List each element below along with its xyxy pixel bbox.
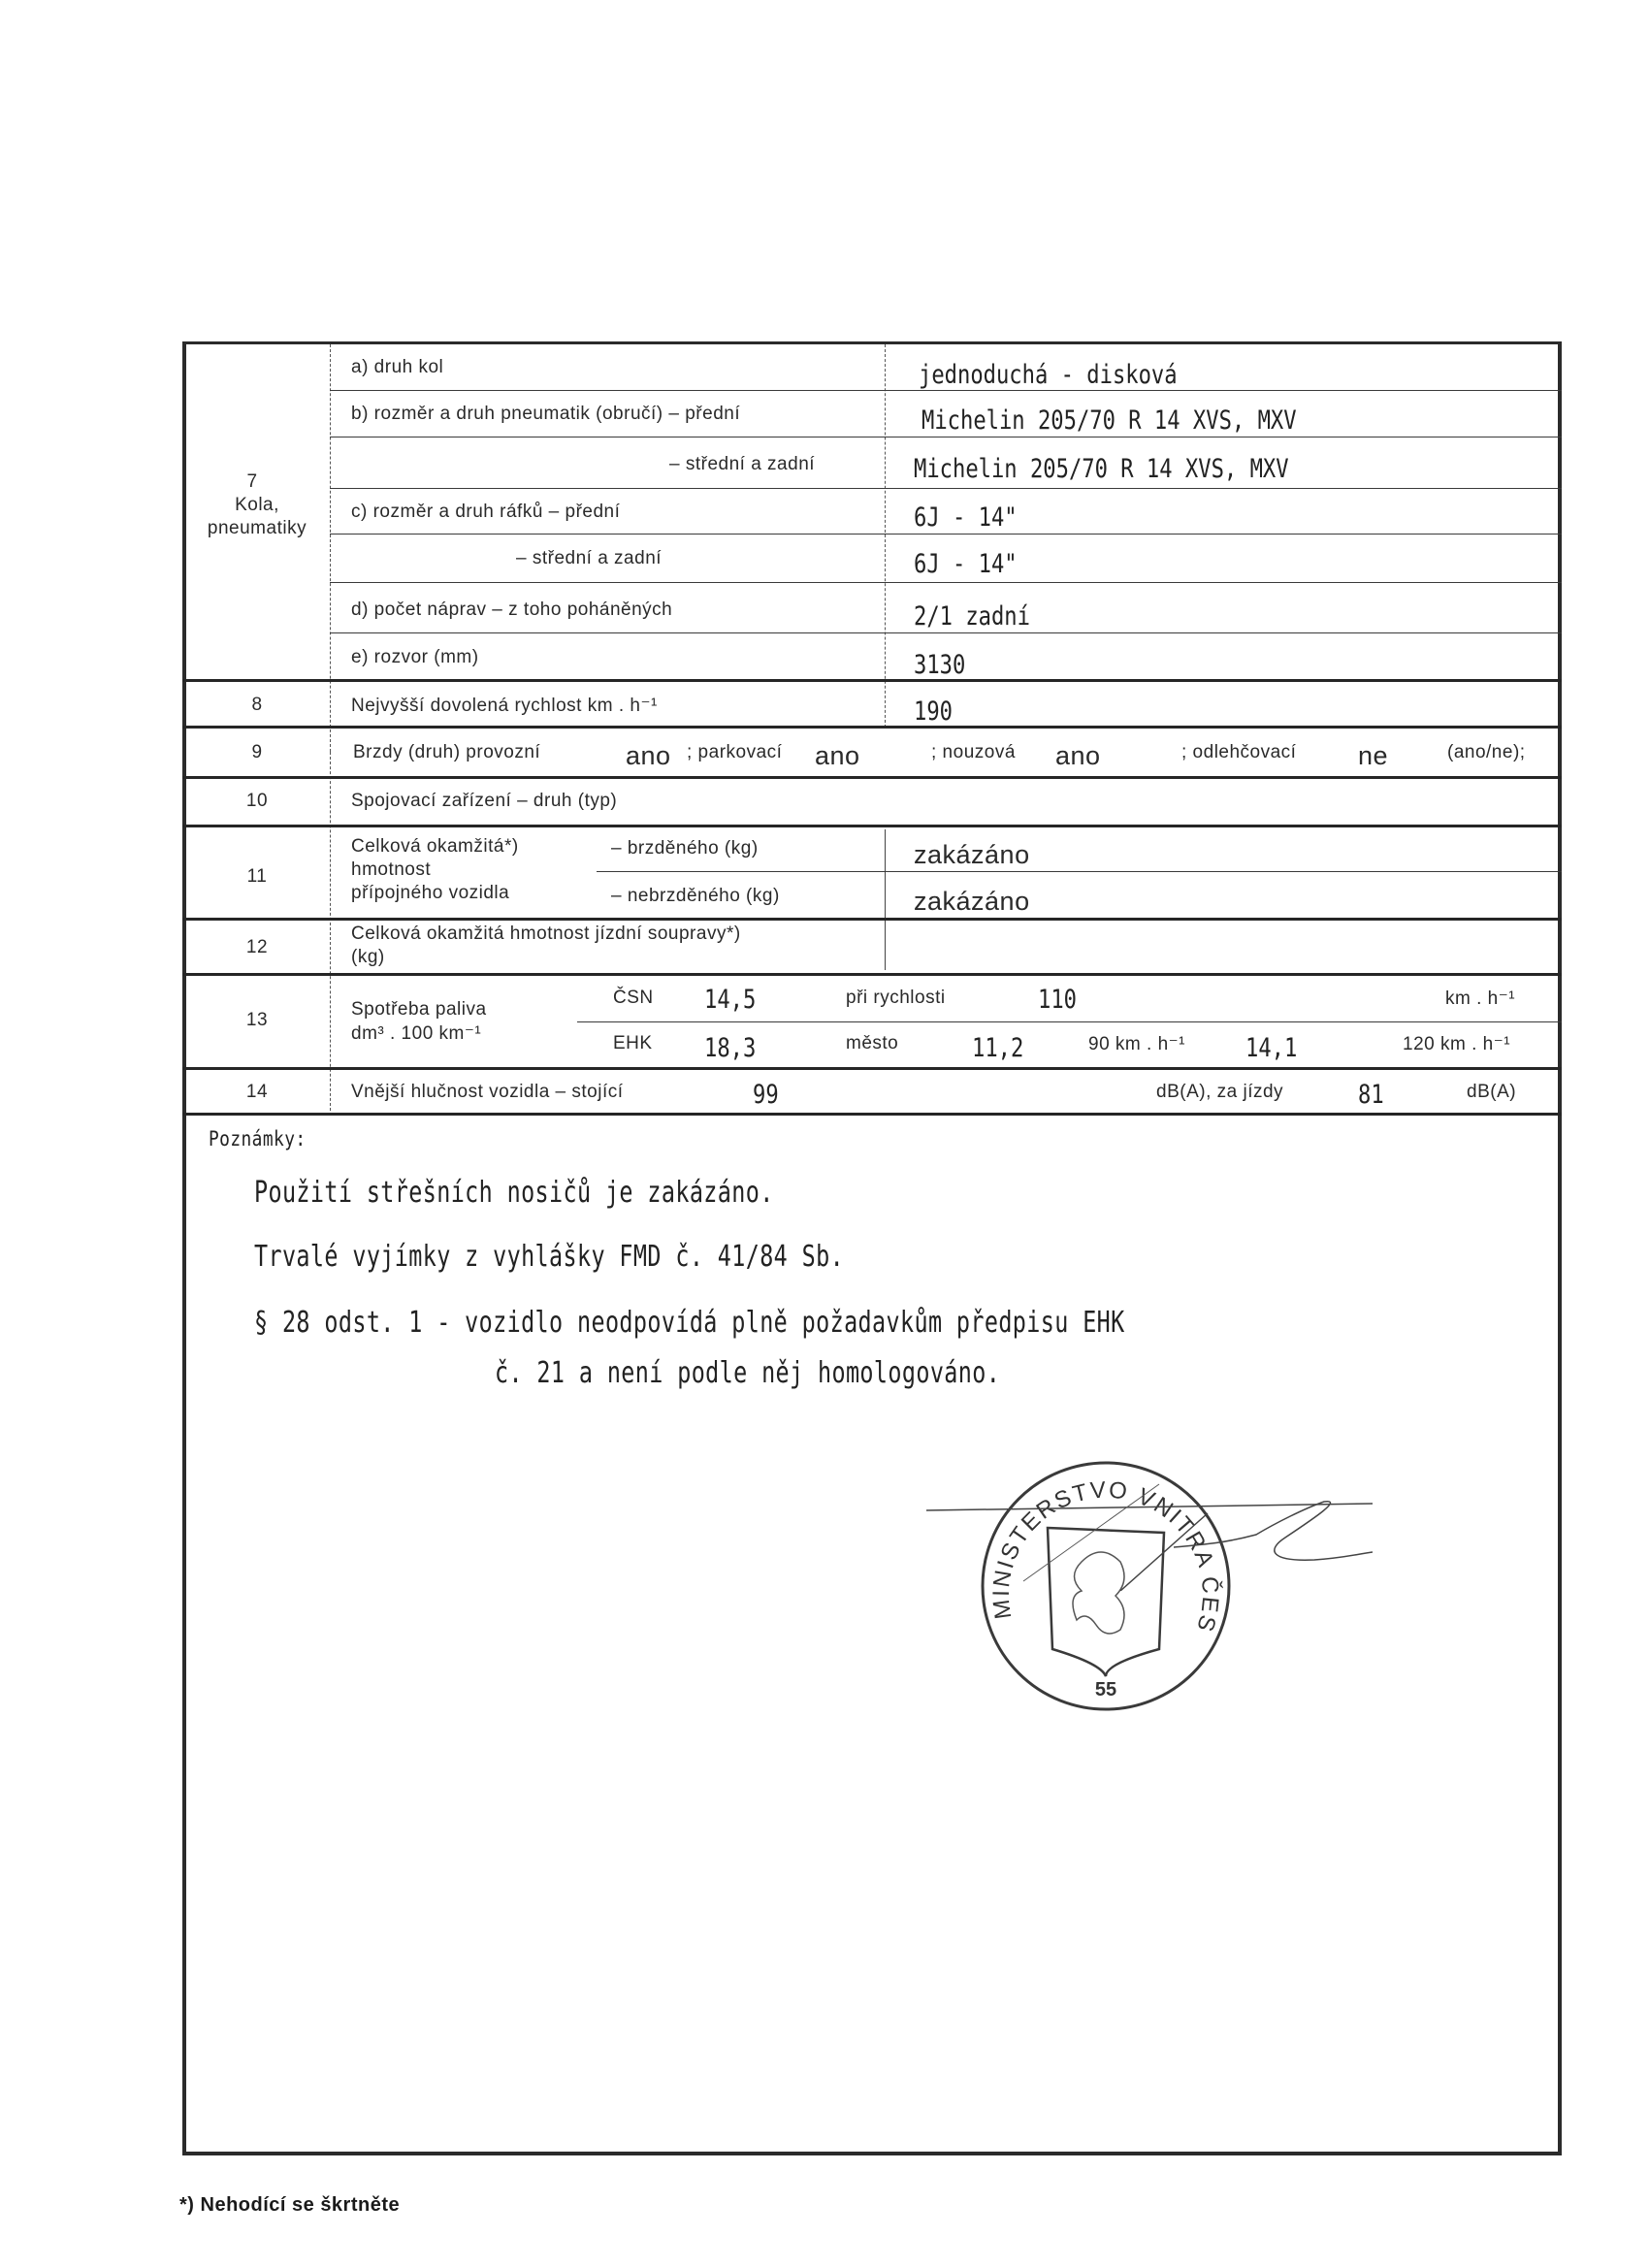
- row13-at120-label: 120 km . h⁻¹: [1403, 1033, 1510, 1055]
- row14-label: Vnější hlučnost vozidla – stojící: [351, 1082, 624, 1103]
- row8-label: Nejvyšší dovolená rychlost km . h⁻¹: [351, 695, 658, 717]
- rule-row13-end: [182, 1067, 1562, 1070]
- row13-at90-label: 90 km . h⁻¹: [1088, 1033, 1185, 1055]
- row10-number: 10: [233, 791, 281, 812]
- rule-row14-end: [182, 1113, 1562, 1116]
- row7b-value: Michelin 205/70 R 14 XVS, MXV: [921, 405, 1297, 436]
- document-page: 7 Kola, pneumatiky a) druh kol jednoduch…: [0, 0, 1649, 2268]
- divider-number-col: [330, 344, 331, 752]
- row9-odlehcovaci-value: ne: [1358, 741, 1388, 771]
- rule-row7-end: [182, 679, 1562, 682]
- row11-braked-value: zakázáno: [914, 840, 1030, 870]
- row13-city-value: 11,2: [972, 1033, 1023, 1063]
- note-line-3: § 28 odst. 1 - vozidlo neodpovídá plně p…: [254, 1306, 1125, 1340]
- row13-city-label: město: [846, 1033, 898, 1054]
- row13-number: 13: [233, 1010, 281, 1031]
- row11-unbraked-value: zakázáno: [914, 887, 1030, 917]
- row13-ehk-label: EHK: [613, 1033, 653, 1054]
- row13-speed-unit: km . h⁻¹: [1445, 988, 1515, 1010]
- row11-label-line3: přípojného vozidla: [351, 883, 509, 904]
- row13-speed-label: při rychlosti: [846, 988, 946, 1009]
- rule-7d: [330, 632, 1562, 633]
- row9-legend: (ano/ne);: [1447, 742, 1526, 763]
- row14-unit: dB(A): [1467, 1082, 1516, 1103]
- row14-standing-value: 99: [753, 1080, 779, 1110]
- row13-ehk-value: 18,3: [704, 1033, 756, 1063]
- row7e-value: 3130: [914, 650, 965, 680]
- row14-number: 14: [233, 1082, 281, 1103]
- row7-number: 7: [223, 471, 281, 493]
- row9-number: 9: [233, 742, 281, 763]
- rule-row12-end: [182, 973, 1562, 976]
- row7b2-label: – střední a zadní: [669, 454, 815, 475]
- rule-row13-mid: [577, 1021, 1562, 1022]
- row12-label-line1: Celková okamžitá hmotnost jízdní souprav…: [351, 923, 741, 945]
- row13-csn-label: ČSN: [613, 988, 654, 1009]
- row7e-label: e) rozvor (mm): [351, 647, 479, 668]
- rule-row8-end: [182, 726, 1562, 729]
- rule-row11-mid: [597, 871, 1562, 872]
- row9-label: Brzdy (druh) provozní: [353, 742, 540, 763]
- row10-label: Spojovací zařízení – druh (typ): [351, 791, 617, 812]
- row11-unbraked-label: – nebrzděného (kg): [611, 886, 780, 907]
- rule-7b: [330, 437, 1562, 437]
- row13-label-line1: Spotřeba paliva: [351, 999, 487, 1021]
- row7b2-value: Michelin 205/70 R 14 XVS, MXV: [914, 454, 1289, 484]
- divider-number-col-lower: [330, 752, 331, 1116]
- divider-value-col: [885, 344, 886, 728]
- row7a-label: a) druh kol: [351, 357, 443, 378]
- rule-row11-end: [182, 918, 1562, 921]
- row9-provozni-value: ano: [626, 741, 671, 771]
- rule-7c: [330, 534, 1562, 535]
- row13-csn-value: 14,5: [704, 985, 756, 1015]
- signature-icon: [926, 1474, 1373, 1591]
- row7d-value: 2/1 zadní: [914, 601, 1030, 632]
- note-line-1: Použití střešních nosičů je zakázáno.: [254, 1176, 774, 1210]
- rule-7c2: [330, 582, 1562, 583]
- row9-parkovaci-value: ano: [815, 741, 860, 771]
- row14-driving-value: 81: [1358, 1080, 1384, 1110]
- row13-label-line2: dm³ . 100 km⁻¹: [351, 1022, 481, 1045]
- row7d-label: d) počet náprav – z toho poháněných: [351, 599, 672, 621]
- stamp-number: 55: [1095, 1679, 1116, 1701]
- row11-braked-label: – brzděného (kg): [611, 838, 759, 859]
- row9-nouzova-value: ano: [1055, 741, 1101, 771]
- row8-number: 8: [233, 695, 281, 716]
- row9-odlehcovaci-label: ; odlehčovací: [1181, 742, 1296, 763]
- notes-title: Poznámky:: [209, 1127, 307, 1150]
- rule-row9-end: [182, 776, 1562, 779]
- row7c2-value: 6J - 14": [914, 549, 1018, 579]
- row7b-label: b) rozměr a druh pneumatik (obručí) – př…: [351, 404, 740, 425]
- rule-row10-end: [182, 825, 1562, 827]
- row7c2-label: – střední a zadní: [516, 548, 662, 569]
- rule-7b2: [330, 488, 1562, 489]
- row7c-value: 6J - 14": [914, 502, 1018, 533]
- row13-at90-value: 14,1: [1245, 1033, 1297, 1063]
- note-line-2: Trvalé vyjímky z vyhlášky FMD č. 41/84 S…: [254, 1240, 844, 1274]
- row9-nouzova-label: ; nouzová: [931, 742, 1016, 763]
- row7-title-line1: Kola,: [194, 495, 320, 516]
- footnote: *) Nehodící se škrtněte: [179, 2194, 400, 2217]
- divider-value-col-r11: [885, 829, 886, 970]
- row7c-label: c) rozměr a druh ráfků – přední: [351, 502, 620, 523]
- row12-label-line2: (kg): [351, 947, 385, 968]
- row13-speed-value: 110: [1038, 985, 1077, 1015]
- row11-label-line2: hmotnost: [351, 859, 431, 881]
- row8-value: 190: [914, 697, 953, 727]
- row7a-value: jednoduchá - disková: [919, 360, 1178, 390]
- note-line-4: č. 21 a není podle něj homologováno.: [495, 1356, 1000, 1390]
- row11-number: 11: [233, 866, 281, 888]
- row9-parkovaci-label: ; parkovací: [687, 742, 782, 763]
- row14-mid-label: dB(A), za jízdy: [1156, 1082, 1283, 1103]
- row11-label-line1: Celková okamžitá*): [351, 836, 519, 858]
- row7-title-line2: pneumatiky: [184, 518, 330, 539]
- row12-number: 12: [233, 937, 281, 958]
- rule-7a: [330, 390, 1562, 391]
